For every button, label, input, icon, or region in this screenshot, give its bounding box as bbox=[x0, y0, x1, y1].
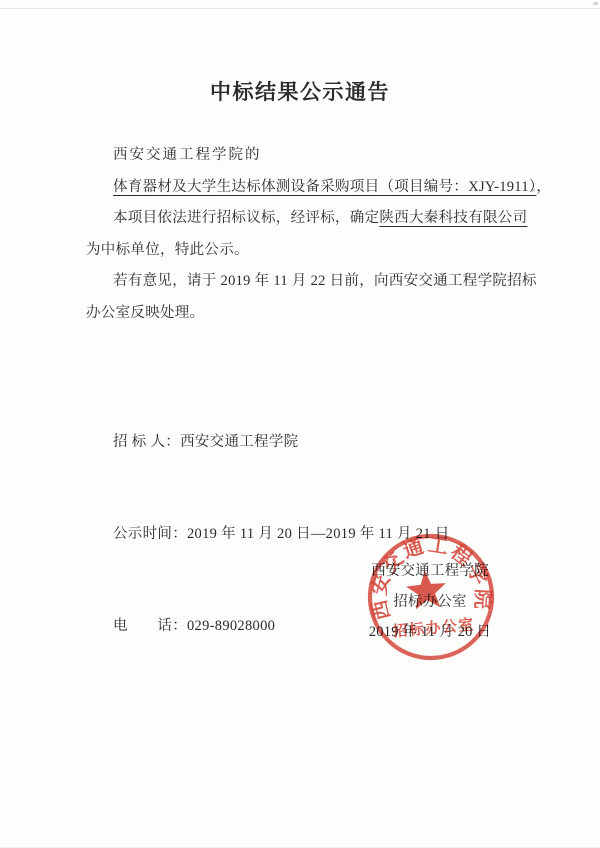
svg-text:西安交通工程学院: 西安交通工程学院 bbox=[362, 528, 498, 623]
winner-name-underlined: 陕西大秦科技有限公司 bbox=[379, 210, 527, 226]
scan-artifact-line bbox=[0, 8, 600, 9]
body-line-result-cont: 为中标单位，特此公示。 bbox=[86, 235, 564, 267]
info-value: 西安交通工程学院 bbox=[180, 434, 298, 450]
info-label: 电 话： bbox=[113, 618, 187, 634]
star-icon bbox=[405, 569, 448, 610]
official-red-stamp: 西安交通工程学院 招标办公室 bbox=[339, 505, 523, 689]
scan-speck bbox=[593, 2, 598, 5]
announcement-body: 西安交通工程学院的 体育器材及大学生达标体测设备采购项目（项目编号：XJY-19… bbox=[86, 140, 564, 330]
body-line-tenderee-intro: 西安交通工程学院的 bbox=[86, 140, 564, 172]
info-label: 招 标 人： bbox=[113, 434, 180, 450]
document-title: 中标结果公示通告 bbox=[0, 77, 600, 107]
body-line-result: 本项目依法进行招标议标，经评标，确定陕西大秦科技有限公司 bbox=[86, 203, 564, 235]
info-label: 公示时间： bbox=[113, 526, 187, 542]
project-name-underlined: 体育器材及大学生达标体测设备采购项目（项目编号：XJY-1911） bbox=[113, 179, 536, 195]
body-line-objection: 若有意见，请于 2019 年 11 月 22 日前，向西安交通工程学院招标 bbox=[86, 266, 564, 298]
info-row-tenderee: 招 标 人：西安交通工程学院 bbox=[113, 427, 450, 458]
info-value: 029-89028000 bbox=[187, 618, 275, 634]
body-line-project: 体育器材及大学生达标体测设备采购项目（项目编号：XJY-1911）， bbox=[86, 172, 564, 204]
scanned-document-page: 中标结果公示通告 西安交通工程学院的 体育器材及大学生达标体测设备采购项目（项目… bbox=[0, 0, 600, 848]
stamp-office-text: 招标办公室 bbox=[391, 615, 476, 640]
stamp-ring-text: 西安交通工程学院 bbox=[362, 528, 498, 623]
body-line-objection-cont: 办公室反映处理。 bbox=[86, 298, 564, 330]
project-line-comma: ， bbox=[536, 179, 551, 195]
result-text: 本项目依法进行招标议标，经评标，确定 bbox=[113, 210, 379, 226]
